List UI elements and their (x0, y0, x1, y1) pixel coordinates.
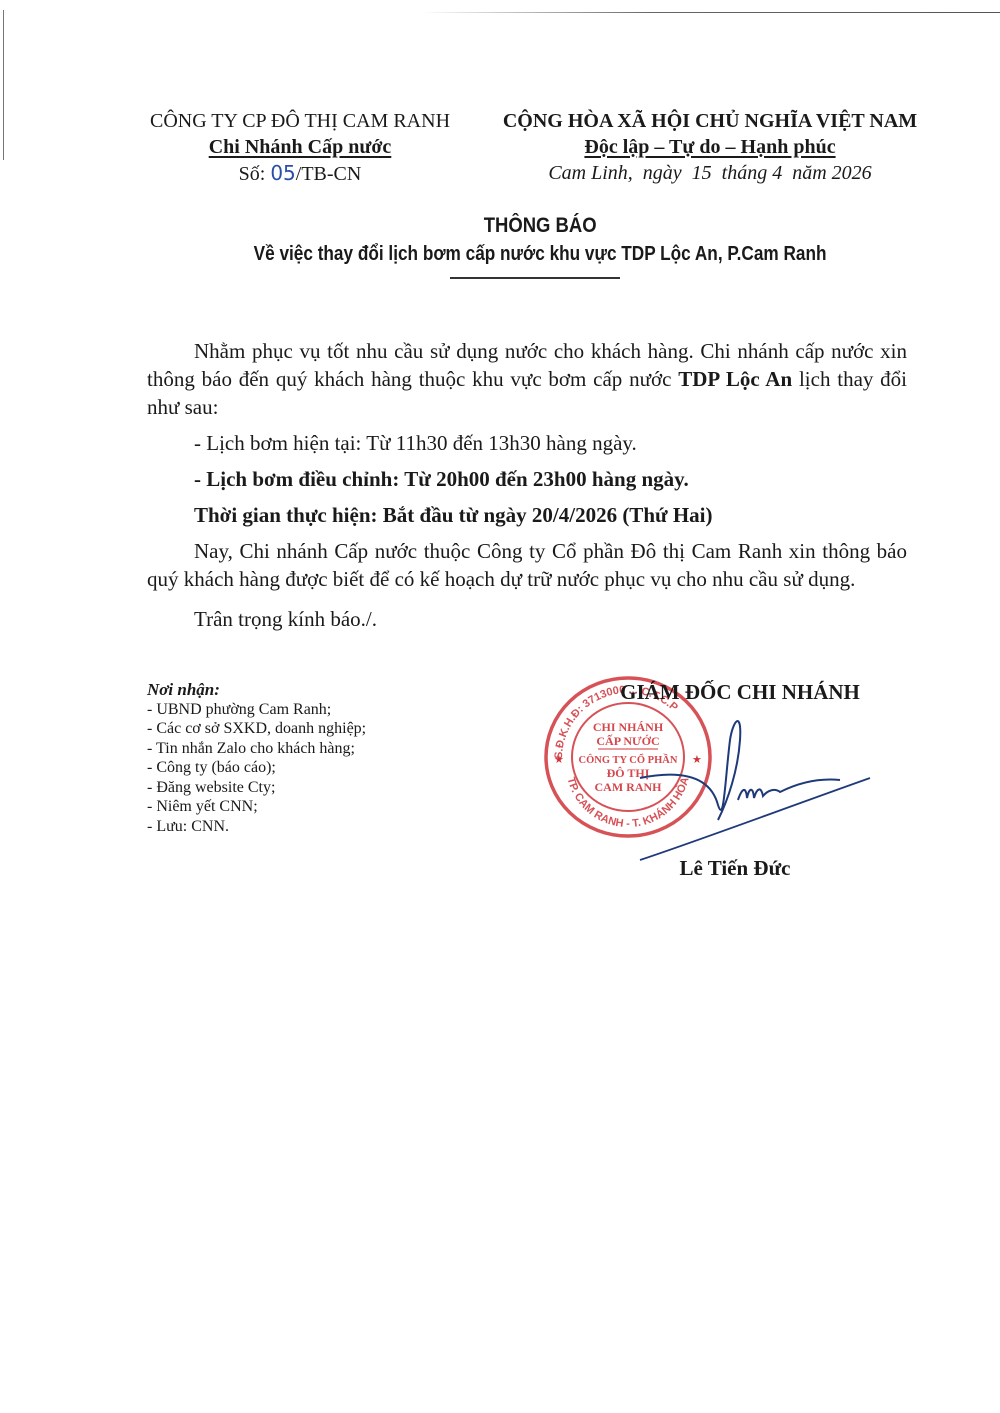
issuer-header: CÔNG TY CP ĐÔ THỊ CAM RANH Chi Nhánh Cấp… (130, 108, 470, 187)
document-body: Nhằm phục vụ tốt nhu cầu sử dụng nước ch… (147, 337, 907, 633)
title-divider (450, 277, 620, 279)
recipients-heading: Nơi nhận: (147, 680, 447, 700)
recipient-item: - Tin nhắn Zalo cho khách hàng; (147, 739, 447, 759)
document-number: Số: 05/TB-CN (130, 160, 470, 187)
adjusted-schedule: - Lịch bơm điều chỉnh: Từ 20h00 đến 23h0… (147, 465, 907, 493)
closing-line: Trân trọng kính báo./. (147, 605, 907, 633)
national-header: CỘNG HÒA XÃ HỘI CHỦ NGHĨA VIỆT NAM Độc l… (470, 108, 950, 186)
scan-edge-left (3, 10, 4, 160)
effective-time: Thời gian thực hiện: Bắt đầu từ ngày 20/… (147, 501, 907, 529)
place-date: Cam Linh, ngày 15 tháng 4 năm 2026 (470, 160, 950, 186)
handwritten-signature (600, 700, 880, 880)
recipient-item: - UBND phường Cam Ranh; (147, 700, 447, 720)
area-name: TDP Lộc An (678, 367, 792, 391)
title-heading: THÔNG BÁO (484, 212, 597, 240)
svg-text:★: ★ (554, 754, 564, 766)
branch-name: Chi Nhánh Cấp nước (130, 134, 470, 160)
national-motto: Độc lập – Tự do – Hạnh phúc (470, 134, 950, 160)
recipient-item: - Niêm yết CNN; (147, 797, 447, 817)
recipient-item: - Các cơ sở SXKD, doanh nghiệp; (147, 719, 447, 739)
title-subject: Về việc thay đổi lịch bơm cấp nước khu v… (254, 240, 827, 268)
scan-edge-top (420, 12, 1000, 13)
recipients-list: Nơi nhận: - UBND phường Cam Ranh; - Các … (147, 680, 447, 836)
recipient-item: - Lưu: CNN. (147, 817, 447, 837)
document-title: THÔNG BÁO Về việc thay đổi lịch bơm cấp … (100, 212, 980, 268)
recipient-item: - Đăng website Cty; (147, 778, 447, 798)
recipient-item: - Công ty (báo cáo); (147, 758, 447, 778)
intro-paragraph: Nhằm phục vụ tốt nhu cầu sử dụng nước ch… (147, 337, 907, 421)
company-name: CÔNG TY CP ĐÔ THỊ CAM RANH (130, 108, 470, 134)
handwritten-number: 05 (270, 161, 295, 185)
signer-name: Lê Tiến Đức (620, 856, 850, 881)
nation-name: CỘNG HÒA XÃ HỘI CHỦ NGHĨA VIỆT NAM (470, 108, 950, 134)
notice-paragraph: Nay, Chi nhánh Cấp nước thuộc Công ty Cổ… (147, 537, 907, 593)
current-schedule: - Lịch bơm hiện tại: Từ 11h30 đến 13h30 … (147, 429, 907, 457)
